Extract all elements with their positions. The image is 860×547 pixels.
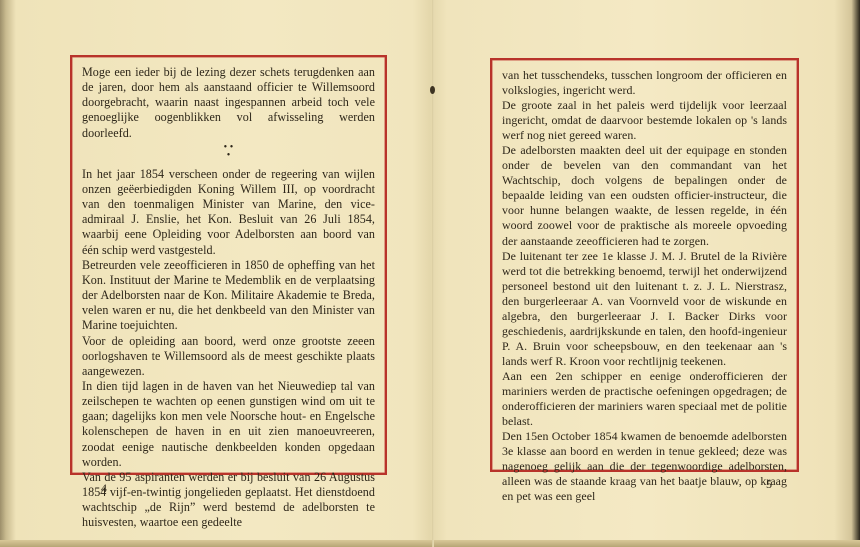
paragraph: Van de 95 aspiranten werden er bij beslu… bbox=[82, 470, 375, 531]
paragraph: De adelborsten maakten deel uit der equi… bbox=[502, 143, 787, 248]
paragraph: In dien tijd lagen in de haven van het N… bbox=[82, 379, 375, 470]
paragraph: De groote zaal in het paleis werd tijdel… bbox=[502, 98, 787, 143]
paragraph: Den 15en October 1854 kwamen de benoemde… bbox=[502, 429, 787, 504]
right-page: van het tusschendeks, tusschen longroom … bbox=[434, 0, 854, 540]
section-separator: • • • bbox=[82, 144, 375, 160]
page-number: 5 bbox=[766, 477, 772, 492]
paragraph: Aan een 2en schipper en eenige onderoffi… bbox=[502, 369, 787, 429]
right-page-red-frame: van het tusschendeks, tusschen longroom … bbox=[490, 58, 799, 472]
left-page-red-frame: Moge een ieder bij de lezing dezer schet… bbox=[70, 55, 387, 475]
paragraph: Betreurden vele zeeofficieren in 1850 de… bbox=[82, 258, 375, 334]
paragraph: van het tusschendeks, tusschen longroom … bbox=[502, 68, 787, 98]
paragraph: De luitenant ter zee 1e klasse J. M. J. … bbox=[502, 249, 787, 369]
page-bottom-edge bbox=[0, 540, 860, 547]
right-page-text: van het tusschendeks, tusschen longroom … bbox=[502, 68, 787, 504]
separator-dot-bottom: • bbox=[82, 152, 375, 160]
left-page: Moge een ieder bij de lezing dezer schet… bbox=[0, 0, 432, 540]
paragraph: Voor de opleiding aan boord, werd onze g… bbox=[82, 334, 375, 379]
page-number: 4 bbox=[101, 481, 107, 496]
book-spread: Moge een ieder bij de lezing dezer schet… bbox=[0, 0, 860, 547]
paragraph: In het jaar 1854 verscheen onder de rege… bbox=[82, 167, 375, 258]
intro-paragraph: Moge een ieder bij de lezing dezer schet… bbox=[82, 65, 375, 141]
left-page-text: Moge een ieder bij de lezing dezer schet… bbox=[82, 65, 375, 531]
